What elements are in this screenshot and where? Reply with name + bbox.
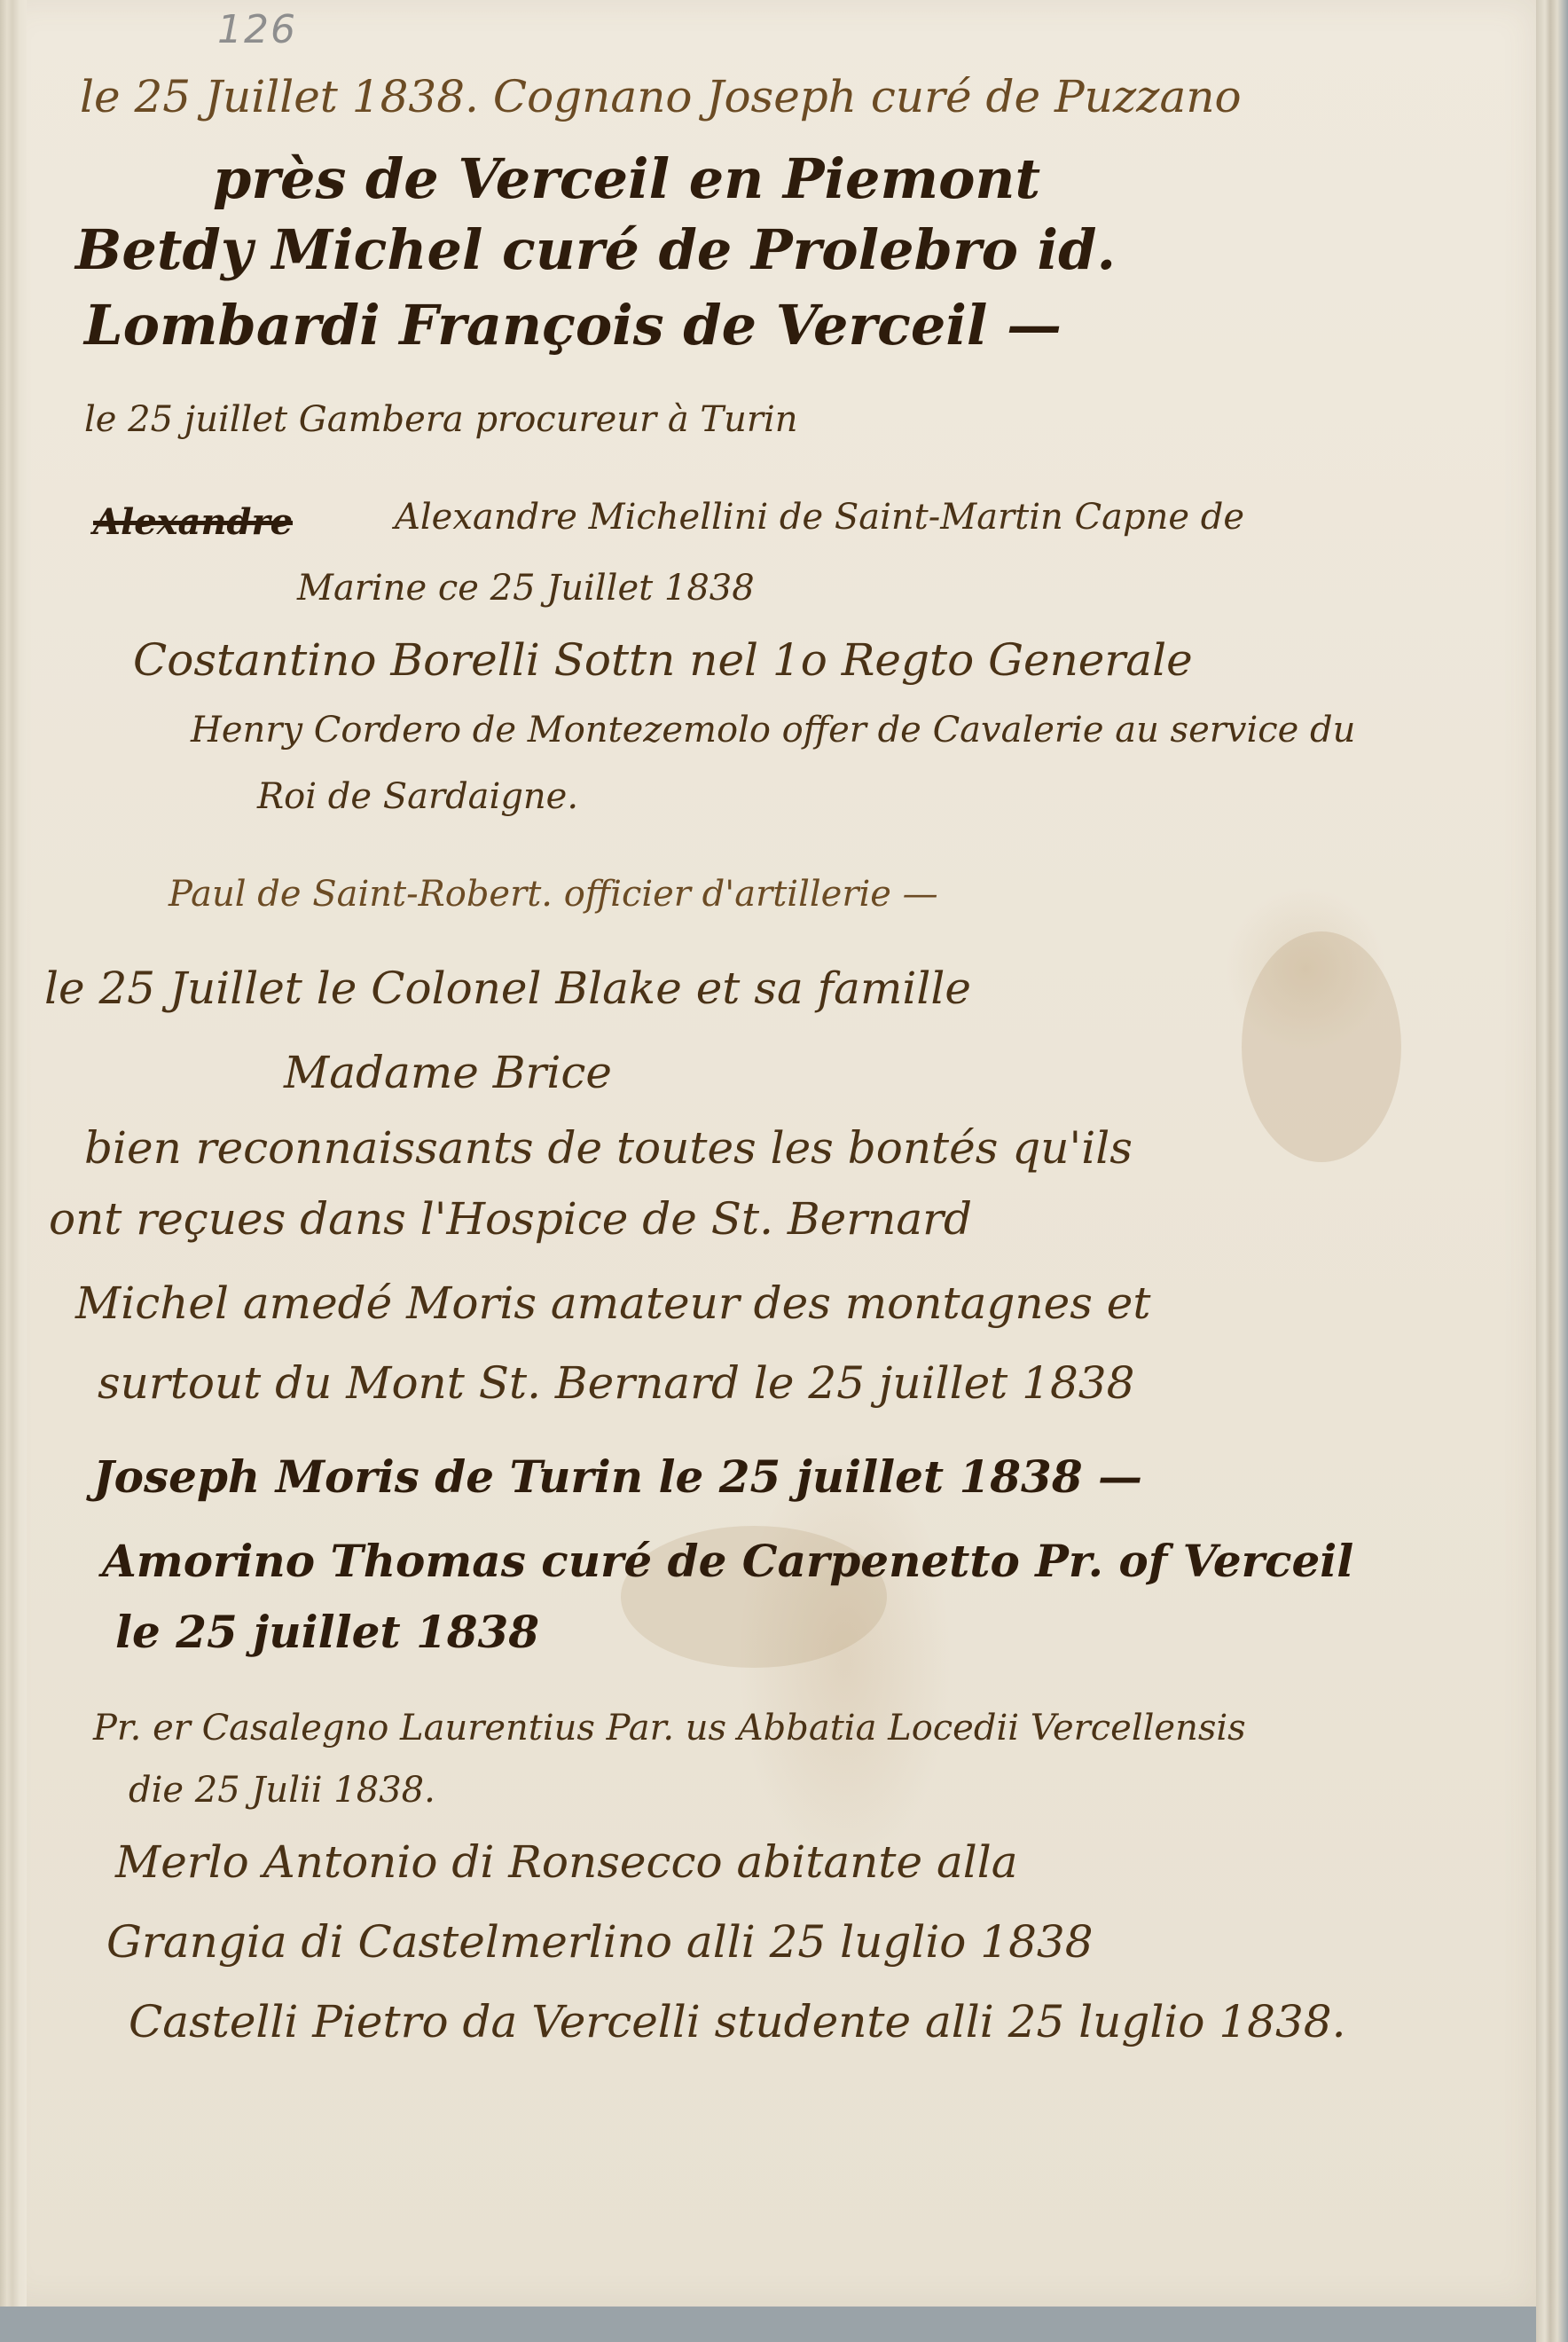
folio-number: 126: [217, 7, 297, 52]
water-stain: [1242, 931, 1401, 1162]
entry-line: Joseph Moris de Turin le 25 juillet 1838…: [93, 1450, 1142, 1503]
entry-line: Paul de Saint-Robert. officier d'artille…: [169, 874, 938, 915]
entry-line: Costantino Borelli Sottn nel 1o Regto Ge…: [133, 634, 1193, 686]
entry-line: surtout du Mont St. Bernard le 25 juille…: [98, 1357, 1134, 1409]
entry-line: ont reçues dans l'Hospice de St. Bernard: [49, 1193, 972, 1245]
entry-line: die 25 Julii 1838.: [129, 1770, 435, 1811]
entry-line: bien reconnaissants de toutes les bontés…: [84, 1122, 1133, 1174]
page-left-edge: [0, 0, 27, 2307]
entry-line: Marine ce 25 Juillet 1838: [297, 568, 755, 609]
entry-line: Madame Brice: [284, 1047, 612, 1098]
scan-background: [0, 2307, 1536, 2342]
entry-line: Grangia di Castelmerlino alli 25 luglio …: [106, 1916, 1094, 1968]
entry-line: Lombardi François de Verceil —: [84, 293, 1062, 358]
entry-line: près de Verceil en Piemont: [213, 146, 1040, 211]
entry-line: Amorino Thomas curé de Carpenetto Pr. of…: [102, 1535, 1353, 1587]
manuscript-page: 126 le 25 Juillet 1838. Cognano Joseph c…: [0, 0, 1538, 2307]
entry-line: Henry Cordero de Montezemolo offer de Ca…: [191, 710, 1355, 751]
entry-line: Merlo Antonio di Ronsecco abitante alla: [115, 1836, 1018, 1888]
entry-line: Alexandre Michellini de Saint-Martin Cap…: [395, 497, 1244, 538]
struck-margin-note: Alexandre: [93, 501, 293, 543]
entry-line: Roi de Sardaigne.: [257, 776, 578, 817]
entry-line: Betdy Michel curé de Prolebro id.: [75, 217, 1116, 282]
entry-line: Michel amedé Moris amateur des montagnes…: [75, 1277, 1150, 1329]
entry-line: le 25 juillet 1838: [115, 1606, 539, 1658]
entry-line: Pr. er Casalegno Laurentius Par. us Abba…: [93, 1708, 1246, 1749]
entry-line: le 25 Juillet 1838. Cognano Joseph curé …: [80, 71, 1242, 122]
entry-line: Castelli Pietro da Vercelli studente all…: [129, 1996, 1346, 2047]
entry-line: le 25 juillet Gambera procureur à Turin: [84, 399, 798, 440]
page-right-edge: [1536, 0, 1568, 2342]
entry-line: le 25 Juillet le Colonel Blake et sa fam…: [44, 963, 971, 1014]
